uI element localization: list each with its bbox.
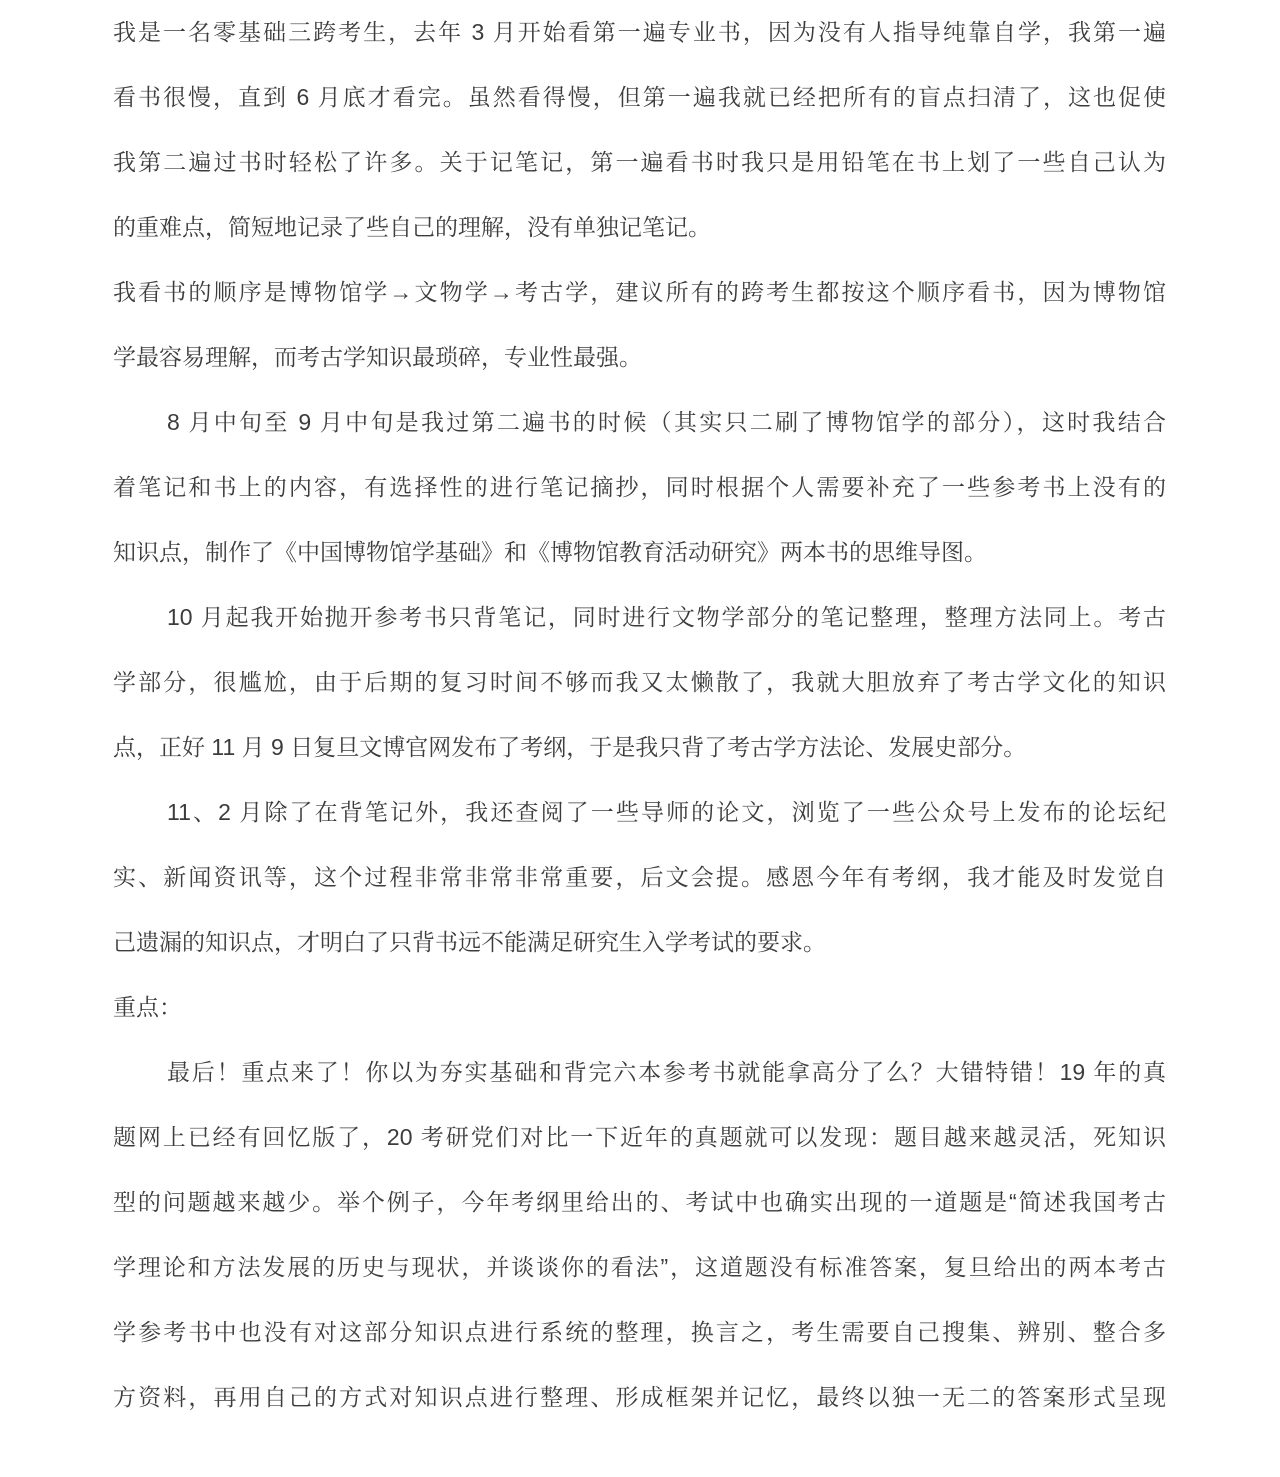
paragraph: 重点： xyxy=(113,975,1166,1040)
text-line: 己遗漏的知识点，才明白了只背书远不能满足研究生入学考试的要求。 xyxy=(113,910,1166,975)
text-line: 型的问题越来越少。举个例子，今年考纲里给出的、考试中也确实出现的一道题是“简述我… xyxy=(113,1170,1166,1235)
text-line: 8 月中旬至 9 月中旬是我过第二遍书的时候（其实只二刷了博物馆学的部分），这时… xyxy=(113,390,1166,455)
text-line: 学参考书中也没有对这部分知识点进行系统的整理，换言之，考生需要自己搜集、辨别、整… xyxy=(113,1300,1166,1365)
text-line: 10 月起我开始抛开参考书只背笔记，同时进行文物学部分的笔记整理，整理方法同上。… xyxy=(113,585,1166,650)
text-line: 学部分，很尴尬，由于后期的复习时间不够而我又太懒散了，我就大胆放弃了考古学文化的… xyxy=(113,650,1166,715)
text-line: 实、新闻资讯等，这个过程非常非常非常重要，后文会提。感恩今年有考纲，我才能及时发… xyxy=(113,845,1166,910)
paragraph: 11、2 月除了在背笔记外，我还查阅了一些导师的论文，浏览了一些公众号上发布的论… xyxy=(113,780,1166,975)
paragraph: 我看书的顺序是博物馆学→文物学→考古学，建议所有的跨考生都按这个顺序看书，因为博… xyxy=(113,260,1166,390)
text-line: 着笔记和书上的内容，有选择性的进行笔记摘抄，同时根据个人需要补充了一些参考书上没… xyxy=(113,455,1166,520)
document-page: 我是一名零基础三跨考生，去年 3 月开始看第一遍专业书，因为没有人指导纯靠自学，… xyxy=(113,0,1166,1430)
text-line: 我看书的顺序是博物馆学→文物学→考古学，建议所有的跨考生都按这个顺序看书，因为博… xyxy=(113,260,1166,325)
text-line: 11、2 月除了在背笔记外，我还查阅了一些导师的论文，浏览了一些公众号上发布的论… xyxy=(113,780,1166,845)
paragraph: 最后！重点来了！你以为夯实基础和背完六本参考书就能拿高分了么？大错特错！19 年… xyxy=(113,1040,1166,1430)
paragraph: 10 月起我开始抛开参考书只背笔记，同时进行文物学部分的笔记整理，整理方法同上。… xyxy=(113,585,1166,780)
text-line: 我是一名零基础三跨考生，去年 3 月开始看第一遍专业书，因为没有人指导纯靠自学，… xyxy=(113,0,1166,65)
text-line: 知识点，制作了《中国博物馆学基础》和《博物馆教育活动研究》两本书的思维导图。 xyxy=(113,520,1166,585)
key-point-label: 重点： xyxy=(113,975,1166,1040)
text-line: 学最容易理解，而考古学知识最琐碎，专业性最强。 xyxy=(113,325,1166,390)
paragraph: 我是一名零基础三跨考生，去年 3 月开始看第一遍专业书，因为没有人指导纯靠自学，… xyxy=(113,0,1166,260)
text-line: 题网上已经有回忆版了，20 考研党们对比一下近年的真题就可以发现：题目越来越灵活… xyxy=(113,1105,1166,1170)
text-line: 点，正好 11 月 9 日复旦文博官网发布了考纲，于是我只背了考古学方法论、发展… xyxy=(113,715,1166,780)
text-line: 的重难点，简短地记录了些自己的理解，没有单独记笔记。 xyxy=(113,195,1166,260)
text-line: 看书很慢，直到 6 月底才看完。虽然看得慢，但第一遍我就已经把所有的盲点扫清了，… xyxy=(113,65,1166,130)
text-line: 方资料，再用自己的方式对知识点进行整理、形成框架并记忆，最终以独一无二的答案形式… xyxy=(113,1365,1166,1430)
paragraph: 8 月中旬至 9 月中旬是我过第二遍书的时候（其实只二刷了博物馆学的部分），这时… xyxy=(113,390,1166,585)
text-line: 最后！重点来了！你以为夯实基础和背完六本参考书就能拿高分了么？大错特错！19 年… xyxy=(113,1040,1166,1105)
text-line: 我第二遍过书时轻松了许多。关于记笔记，第一遍看书时我只是用铅笔在书上划了一些自己… xyxy=(113,130,1166,195)
text-line: 学理论和方法发展的历史与现状，并谈谈你的看法”，这道题没有标准答案，复旦给出的两… xyxy=(113,1235,1166,1300)
